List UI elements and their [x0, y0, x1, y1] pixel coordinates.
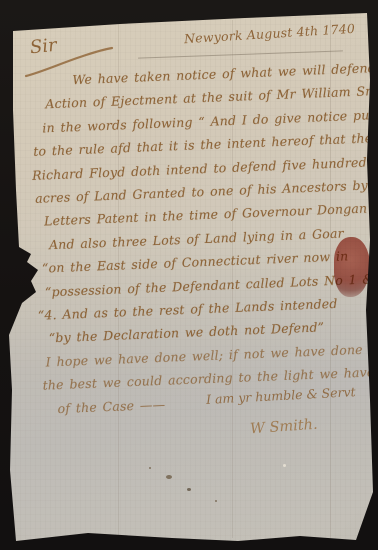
letter-paper: Sir Newyork August 4th 1740 We have take…	[0, 0, 378, 550]
paper-edge-shading	[0, 0, 378, 550]
photo-backdrop: Sir Newyork August 4th 1740 We have take…	[0, 0, 378, 550]
